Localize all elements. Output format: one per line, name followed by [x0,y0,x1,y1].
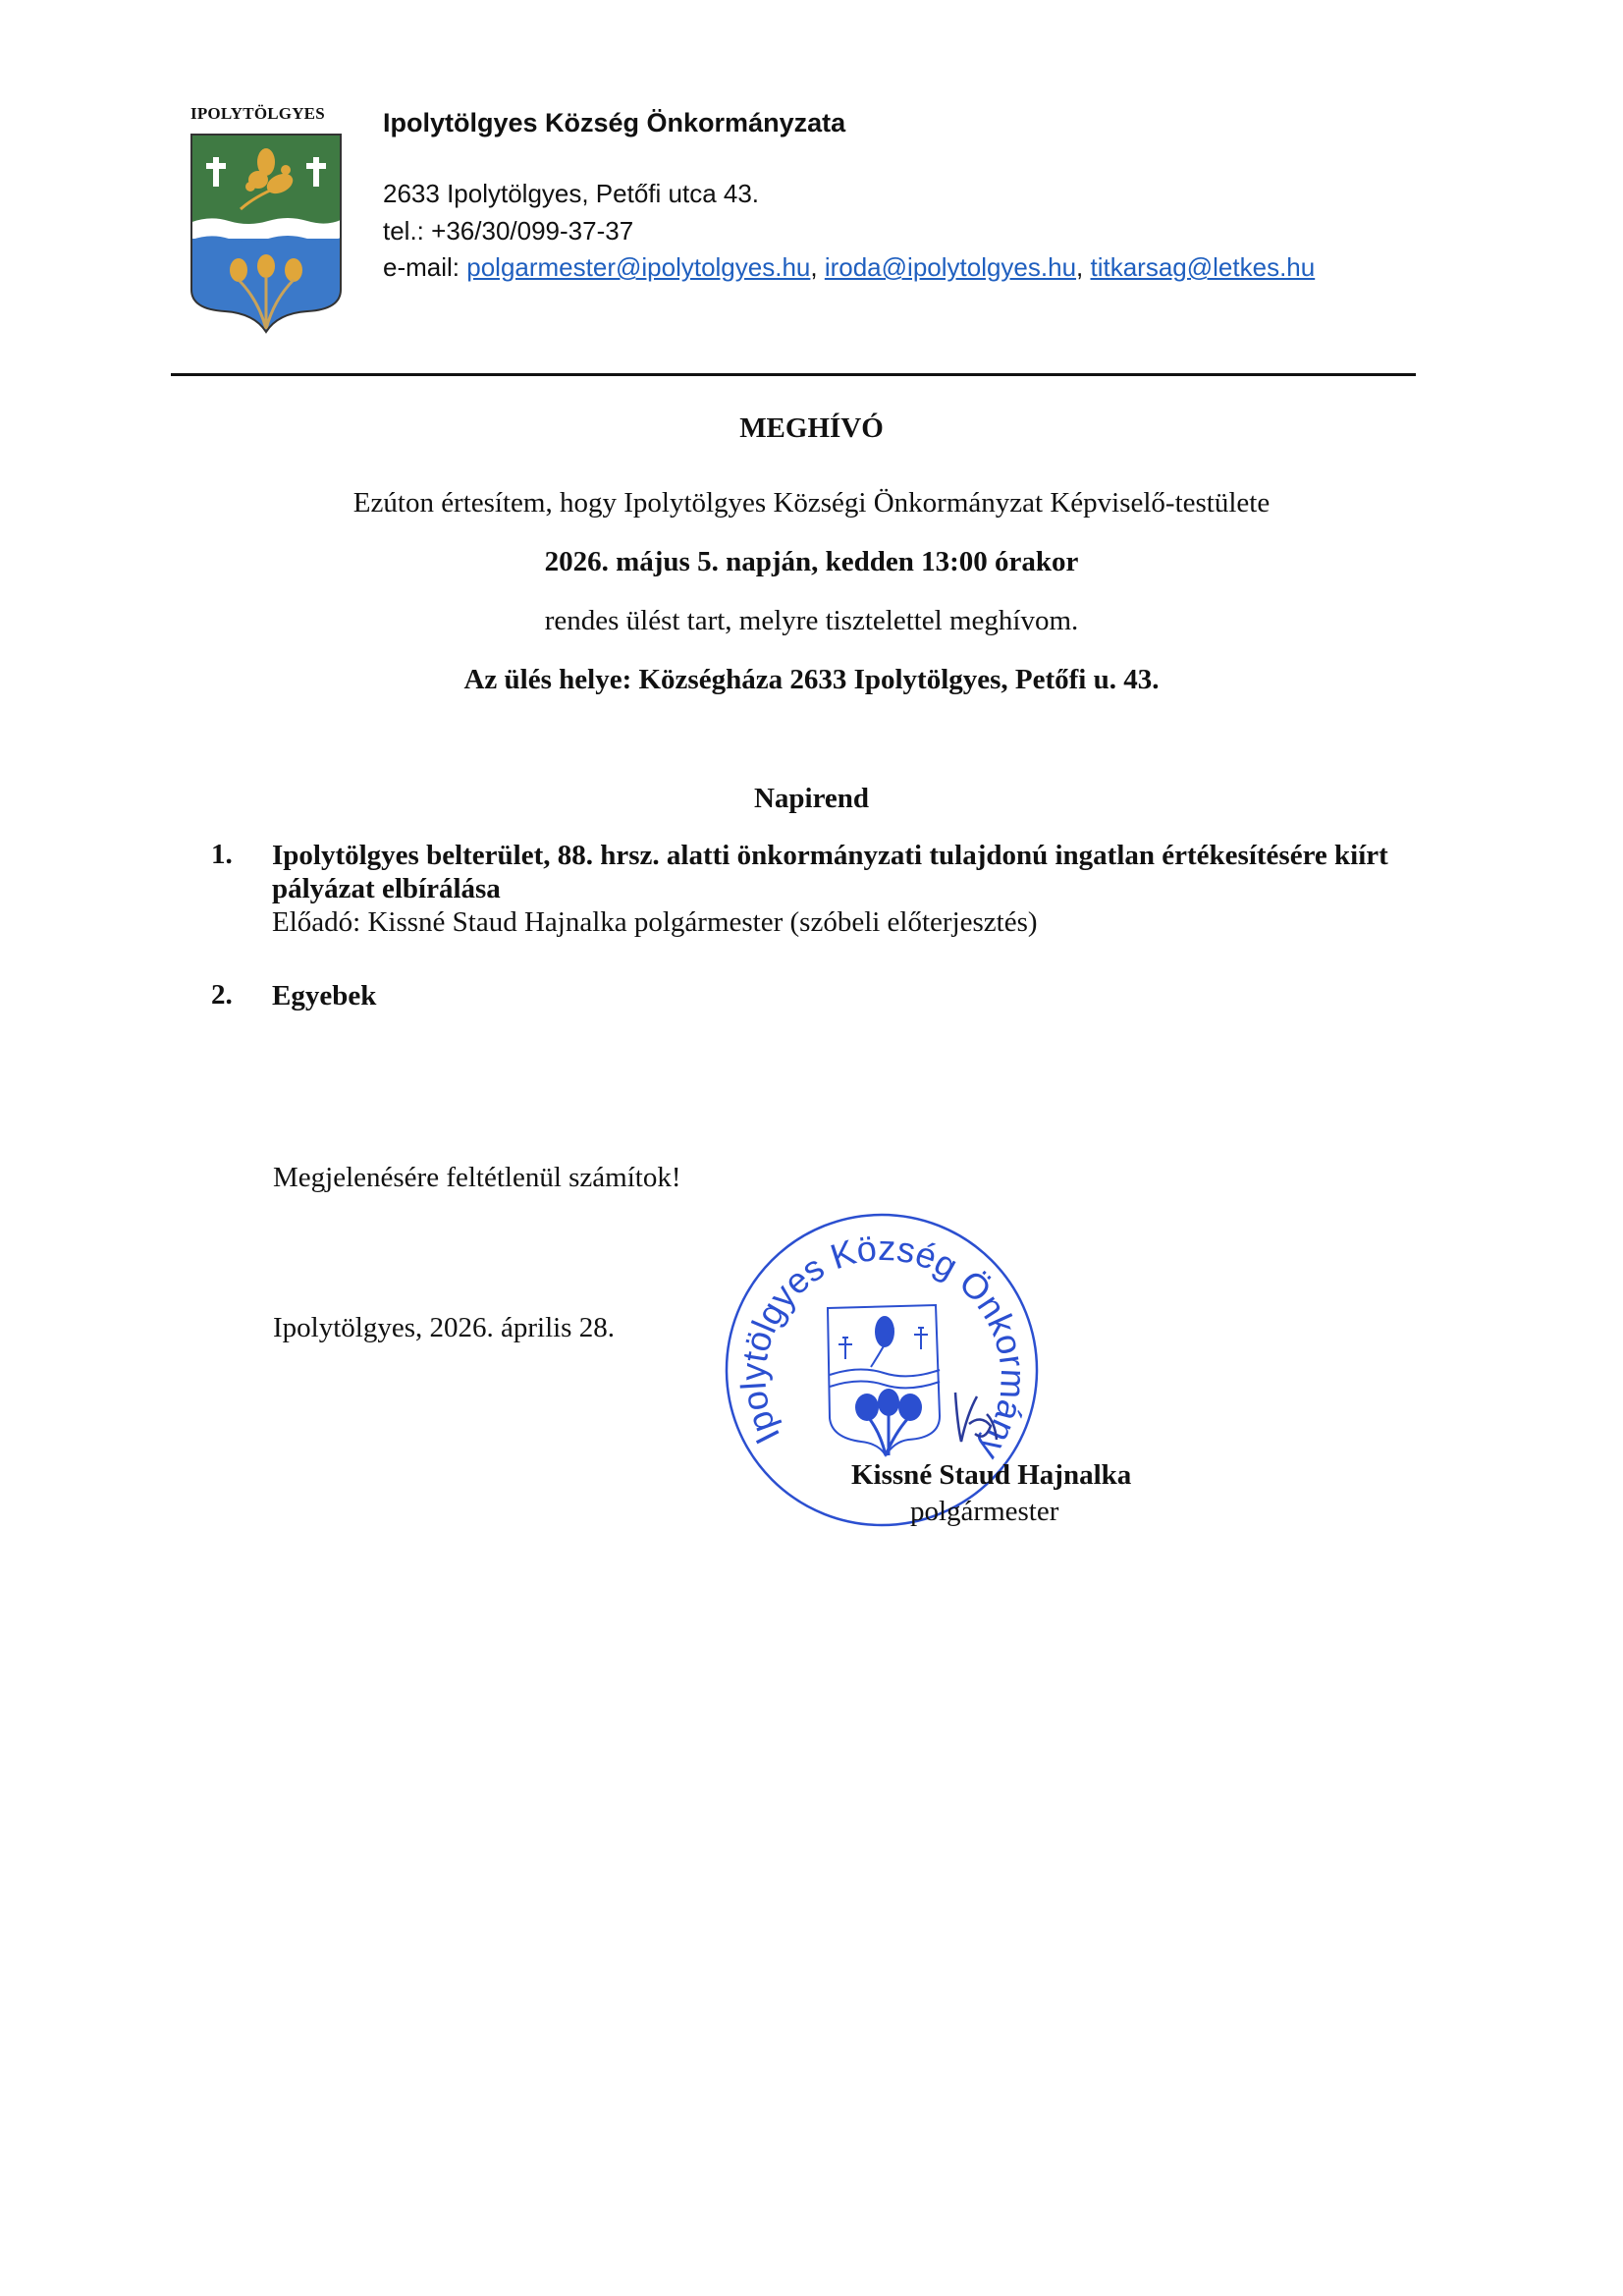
invitation-intro: Ezúton értesítem, hogy Ipolytölgyes Közs… [0,487,1623,519]
email-link-mayor[interactable]: polgarmester@ipolytolgyes.hu [466,252,810,282]
place-and-date: Ipolytölgyes, 2026. április 28. [273,1312,615,1344]
meeting-location: Az ülés helye: Községháza 2633 Ipolytölg… [0,664,1623,696]
signature-icon [947,1385,1006,1449]
document-title: MEGHÍVÓ [0,412,1623,445]
meeting-datetime: 2026. május 5. napján, kedden 13:00 órak… [0,546,1623,578]
signer-name: Kissné Staud Hajnalka [851,1459,1131,1492]
email-separator: , [1076,252,1090,282]
header-divider [171,373,1416,376]
organization-name: Ipolytölgyes Község Önkormányzata [383,108,845,138]
agenda-item-title: Ipolytölgyes belterület, 88. hrsz. alatt… [272,839,1421,905]
organization-address: 2633 Ipolytölgyes, Petőfi utca 43. [383,179,759,209]
coat-of-arms-icon [189,133,343,334]
agenda-title: Napirend [0,783,1623,815]
email-link-office[interactable]: iroda@ipolytolgyes.hu [825,252,1076,282]
organization-phone: tel.: +36/30/099-37-37 [383,216,633,246]
agenda-item-presenter: Előadó: Kissné Staud Hajnalka polgármest… [272,905,1421,939]
agenda-item-number: 1. [211,839,233,871]
email-separator: , [810,252,824,282]
phone-number: +36/30/099-37-37 [431,216,633,246]
email-link-secretary[interactable]: titkarsag@letkes.hu [1091,252,1316,282]
signer-role: polgármester [910,1496,1058,1528]
closing-remark: Megjelenésére feltétlenül számítok! [273,1162,681,1194]
organization-emails: e-mail: polgarmester@ipolytolgyes.hu, ir… [383,252,1315,283]
email-label: e-mail: [383,252,460,282]
meeting-purpose: rendes ülést tart, melyre tisztelettel m… [0,605,1623,637]
phone-label: tel.: [383,216,424,246]
crest-label: IPOLYTÖLGYES [190,104,325,124]
agenda-item-number: 2. [211,979,233,1011]
agenda-item-title: Egyebek [272,979,1421,1012]
